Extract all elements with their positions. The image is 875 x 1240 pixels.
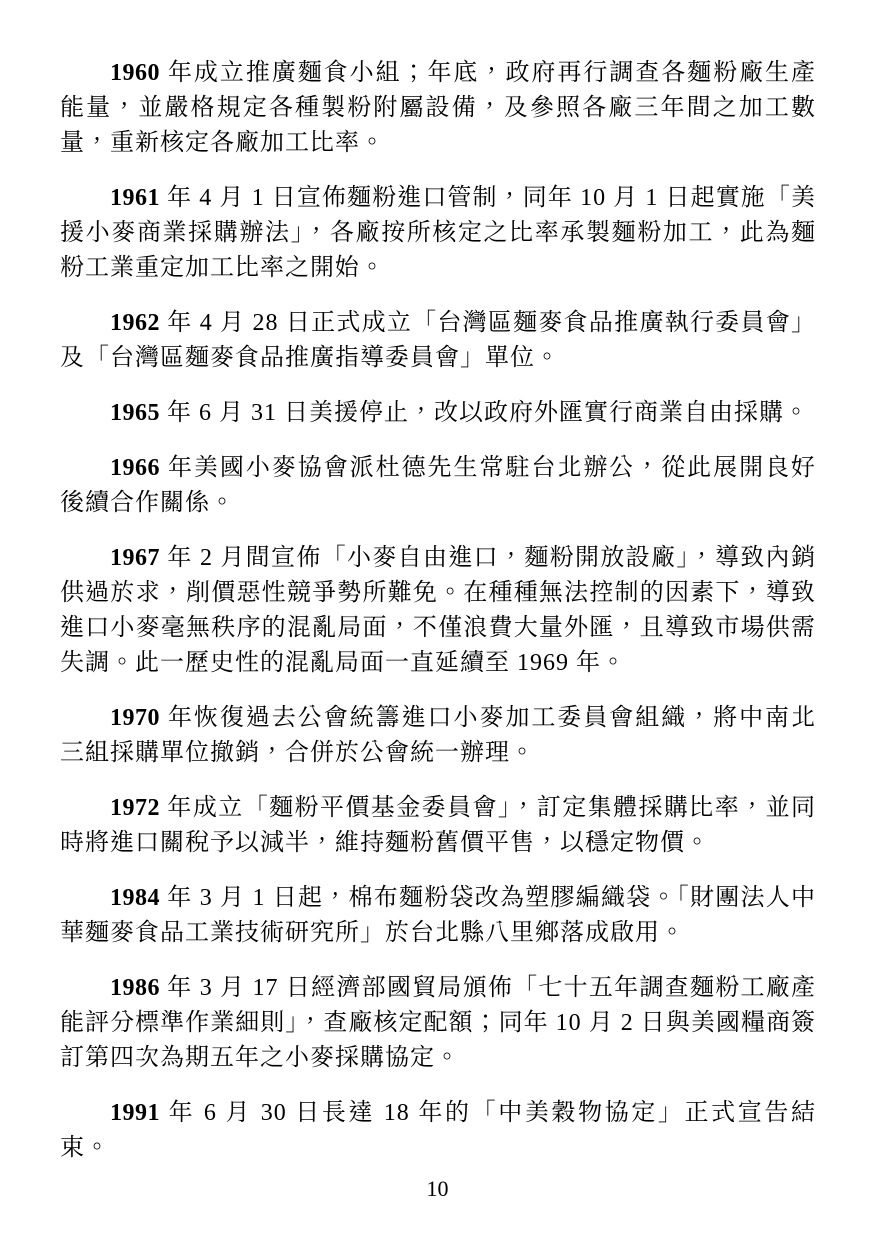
- paragraph-body: 年恢復過去公會統籌進口小麥加工委員會組織，將中南北三組採購單位撤銷，合併於公會統…: [60, 705, 816, 766]
- paragraph-1960: 1960 年成立推廣麵食小組；年底，政府再行調查各麵粉廠生產能量，並嚴格規定各種…: [60, 56, 816, 161]
- paragraph-body: 年成立推廣麵食小組；年底，政府再行調查各麵粉廠生產能量，並嚴格規定各種製粉附屬設…: [60, 60, 816, 156]
- year-label: 1984: [110, 885, 160, 911]
- year-label: 1961: [110, 185, 160, 211]
- paragraph-1967: 1967 年 2 月間宣佈「小麥自由進口，麵粉開放設廠」，導致內銷供過於求，削價…: [60, 541, 816, 681]
- year-label: 1966: [110, 455, 160, 481]
- paragraph-body: 年 4 月 1 日宣佈麵粉進口管制，同年 10 月 1 日起實施「美援小麥商業採…: [60, 185, 816, 281]
- year-label: 1970: [110, 705, 160, 731]
- paragraph-body: 年 3 月 17 日經濟部國貿局頒佈「七十五年調查麵粉工廠產能評分標準作業細則」…: [60, 975, 816, 1071]
- paragraph-1962: 1962 年 4 月 28 日正式成立「台灣區麵麥食品推廣執行委員會」及「台灣區…: [60, 306, 816, 376]
- page-footer: 10: [0, 1176, 875, 1202]
- year-label: 1967: [110, 545, 160, 571]
- paragraph-1972: 1972 年成立「麵粉平價基金委員會」，訂定集體採購比率，並同時將進口關稅予以減…: [60, 791, 816, 861]
- paragraph-1961: 1961 年 4 月 1 日宣佈麵粉進口管制，同年 10 月 1 日起實施「美援…: [60, 181, 816, 286]
- paragraph-body: 年成立「麵粉平價基金委員會」，訂定集體採購比率，並同時將進口關稅予以減半，維持麵…: [60, 795, 816, 856]
- paragraph-body: 年 4 月 28 日正式成立「台灣區麵麥食品推廣執行委員會」及「台灣區麵麥食品推…: [60, 310, 816, 371]
- paragraph-1991: 1991 年 6 月 30 日長達 18 年的「中美穀物協定」正式宣告結束。: [60, 1096, 816, 1166]
- year-label: 1962: [110, 310, 160, 336]
- paragraph-body: 年 6 月 30 日長達 18 年的「中美穀物協定」正式宣告結束。: [60, 1100, 816, 1161]
- document-page: 1960 年成立推廣麵食小組；年底，政府再行調查各麵粉廠生產能量，並嚴格規定各種…: [0, 0, 875, 1240]
- year-label: 1986: [110, 975, 160, 1001]
- year-label: 1965: [110, 400, 160, 426]
- year-label: 1991: [110, 1100, 160, 1126]
- paragraph-1970: 1970 年恢復過去公會統籌進口小麥加工委員會組織，將中南北三組採購單位撤銷，合…: [60, 701, 816, 771]
- paragraph-body: 年 6 月 31 日美援停止，改以政府外匯實行商業自由採購。: [160, 400, 809, 426]
- text-block: 1960 年成立推廣麵食小組；年底，政府再行調查各麵粉廠生產能量，並嚴格規定各種…: [60, 56, 816, 1186]
- paragraph-body: 年美國小麥協會派杜德先生常駐台北辦公，從此展開良好後續合作關係。: [60, 455, 816, 516]
- paragraph-1965: 1965 年 6 月 31 日美援停止，改以政府外匯實行商業自由採購。: [60, 396, 816, 431]
- page-number: 10: [427, 1176, 449, 1201]
- year-label: 1960: [110, 60, 160, 86]
- paragraph-1986: 1986 年 3 月 17 日經濟部國貿局頒佈「七十五年調查麵粉工廠產能評分標準…: [60, 971, 816, 1076]
- paragraph-1984: 1984 年 3 月 1 日起，棉布麵粉袋改為塑膠編織袋。「財團法人中華麵麥食品…: [60, 881, 816, 951]
- paragraph-body: 年 3 月 1 日起，棉布麵粉袋改為塑膠編織袋。「財團法人中華麵麥食品工業技術研…: [60, 885, 816, 946]
- paragraph-body: 年 2 月間宣佈「小麥自由進口，麵粉開放設廠」，導致內銷供過於求，削價惡性競爭勢…: [60, 545, 816, 676]
- year-label: 1972: [110, 795, 160, 821]
- paragraph-1966: 1966 年美國小麥協會派杜德先生常駐台北辦公，從此展開良好後續合作關係。: [60, 451, 816, 521]
